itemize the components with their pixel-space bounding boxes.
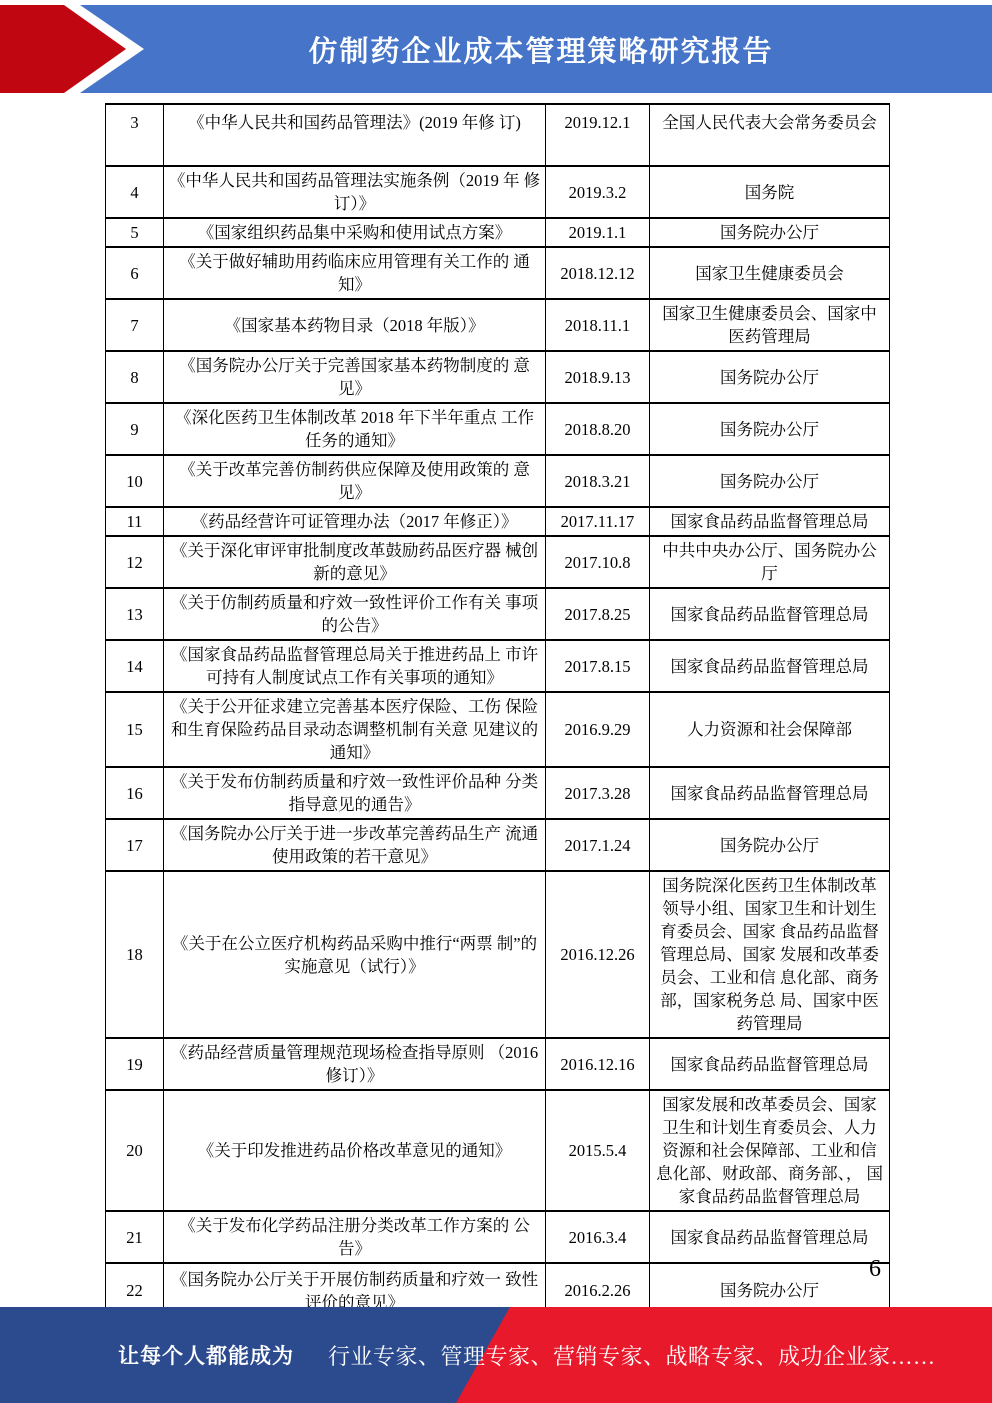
page-footer: 让每个人都能成为 行业专家、管理专家、营销专家、战略专家、成功企业家…… xyxy=(0,1307,992,1403)
cell-publish-date: 2016.9.29 xyxy=(546,692,650,767)
page-number: 6 xyxy=(855,1256,895,1283)
cell-issuing-agency: 国务院办公厅 xyxy=(650,403,890,455)
cell-issuing-agency: 国家食品药品监督管理总局 xyxy=(650,767,890,819)
cell-issuing-agency: 国家食品药品监督管理总局 xyxy=(650,1211,890,1263)
cell-issuing-agency: 国家卫生健康委员会 xyxy=(650,247,890,299)
cell-issuing-agency: 国家食品药品监督管理总局 xyxy=(650,640,890,692)
cell-document-title: 《关于发布仿制药质量和疗效一致性评价品种 分类指导意见的通告》 xyxy=(164,767,546,819)
cell-publish-date: 2019.12.1 xyxy=(546,104,650,166)
cell-number: 17 xyxy=(106,819,164,871)
policy-table-body: 3《中华人民共和国药品管理法》(2019 年修 订)2019.12.1全国人民代… xyxy=(106,104,890,1318)
cell-document-title: 《深化医药卫生体制改革 2018 年下半年重点 工作任务的通知》 xyxy=(164,403,546,455)
cell-issuing-agency: 国务院 xyxy=(650,166,890,218)
table-row: 13《关于仿制药质量和疗效一致性评价工作有关 事项的公告》2017.8.25国家… xyxy=(106,588,890,640)
cell-publish-date: 2019.3.2 xyxy=(546,166,650,218)
cell-document-title: 《中华人民共和国药品管理法实施条例（2019 年 修订）》 xyxy=(164,166,546,218)
cell-issuing-agency: 国务院深化医药卫生体制改革 领导小组、国家卫生和计划生 育委员会、国家 食品药品… xyxy=(650,871,890,1038)
cell-document-title: 《药品经营质量管理规范现场检查指导原则 （2016 修订）》 xyxy=(164,1038,546,1090)
cell-number: 7 xyxy=(106,299,164,351)
table-row: 20《关于印发推进药品价格改革意见的通知》2015.5.4国家发展和改革委员会、… xyxy=(106,1090,890,1211)
table-row: 10《关于改革完善仿制药供应保障及使用政策的 意见》2018.3.21国务院办公… xyxy=(106,455,890,507)
cell-document-title: 《关于在公立医疗机构药品采购中推行“两票 制”的实施意见（试行）》 xyxy=(164,871,546,1038)
cell-number: 9 xyxy=(106,403,164,455)
table-row: 3《中华人民共和国药品管理法》(2019 年修 订)2019.12.1全国人民代… xyxy=(106,104,890,166)
cell-document-title: 《关于公开征求建立完善基本医疗保险、工伤 保险和生育保险药品目录动态调整机制有关… xyxy=(164,692,546,767)
table-row: 19《药品经营质量管理规范现场检查指导原则 （2016 修订）》2016.12.… xyxy=(106,1038,890,1090)
cell-document-title: 《关于做好辅助用药临床应用管理有关工作的 通知》 xyxy=(164,247,546,299)
cell-issuing-agency: 中共中央办公厅、国务院办公 厅 xyxy=(650,536,890,588)
cell-number: 14 xyxy=(106,640,164,692)
cell-publish-date: 2017.8.15 xyxy=(546,640,650,692)
cell-publish-date: 2015.5.4 xyxy=(546,1090,650,1211)
cell-document-title: 《关于改革完善仿制药供应保障及使用政策的 意见》 xyxy=(164,455,546,507)
cell-publish-date: 2017.1.24 xyxy=(546,819,650,871)
table-row: 11《药品经营许可证管理办法（2017 年修正）》2017.11.17国家食品药… xyxy=(106,507,890,536)
policy-table: 3《中华人民共和国药品管理法》(2019 年修 订)2019.12.1全国人民代… xyxy=(105,103,890,1319)
table-row: 12《关于深化审评审批制度改革鼓励药品医疗器 械创新的意见》2017.10.8中… xyxy=(106,536,890,588)
page-header: 仿制药企业成本管理策略研究报告 xyxy=(0,5,992,93)
cell-number: 21 xyxy=(106,1211,164,1263)
cell-issuing-agency: 全国人民代表大会常务委员会 xyxy=(650,104,890,166)
cell-number: 13 xyxy=(106,588,164,640)
cell-document-title: 《国务院办公厅关于完善国家基本药物制度的 意见》 xyxy=(164,351,546,403)
cell-publish-date: 2016.12.26 xyxy=(546,871,650,1038)
cell-publish-date: 2018.12.12 xyxy=(546,247,650,299)
cell-publish-date: 2018.11.1 xyxy=(546,299,650,351)
cell-publish-date: 2017.11.17 xyxy=(546,507,650,536)
cell-document-title: 《关于印发推进药品价格改革意见的通知》 xyxy=(164,1090,546,1211)
cell-number: 15 xyxy=(106,692,164,767)
cell-issuing-agency: 人力资源和社会保障部 xyxy=(650,692,890,767)
cell-document-title: 《国务院办公厅关于进一步改革完善药品生产 流通使用政策的若干意见》 xyxy=(164,819,546,871)
cell-issuing-agency: 国家卫生健康委员会、国家中 医药管理局 xyxy=(650,299,890,351)
cell-number: 12 xyxy=(106,536,164,588)
cell-document-title: 《国家组织药品集中采购和使用试点方案》 xyxy=(164,218,546,247)
cell-publish-date: 2018.8.20 xyxy=(546,403,650,455)
table-row: 5《国家组织药品集中采购和使用试点方案》2019.1.1国务院办公厅 xyxy=(106,218,890,247)
footer-slogan-right: 行业专家、管理专家、营销专家、战略专家、成功企业家…… xyxy=(328,1307,936,1403)
cell-number: 18 xyxy=(106,871,164,1038)
cell-document-title: 《关于深化审评审批制度改革鼓励药品医疗器 械创新的意见》 xyxy=(164,536,546,588)
cell-document-title: 《中华人民共和国药品管理法》(2019 年修 订) xyxy=(164,104,546,166)
table-row: 4《中华人民共和国药品管理法实施条例（2019 年 修订）》2019.3.2国务… xyxy=(106,166,890,218)
cell-document-title: 《关于仿制药质量和疗效一致性评价工作有关 事项的公告》 xyxy=(164,588,546,640)
table-row: 7《国家基本药物目录（2018 年版）》2018.11.1国家卫生健康委员会、国… xyxy=(106,299,890,351)
cell-number: 8 xyxy=(106,351,164,403)
cell-number: 3 xyxy=(106,104,164,166)
table-row: 16《关于发布仿制药质量和疗效一致性评价品种 分类指导意见的通告》2017.3.… xyxy=(106,767,890,819)
cell-publish-date: 2016.12.16 xyxy=(546,1038,650,1090)
cell-publish-date: 2017.10.8 xyxy=(546,536,650,588)
cell-issuing-agency: 国务院办公厅 xyxy=(650,819,890,871)
table-row: 21《关于发布化学药品注册分类改革工作方案的 公告》2016.3.4国家食品药品… xyxy=(106,1211,890,1263)
report-page: { "colors": { "banner_blue": "#4574C8", … xyxy=(0,0,992,1403)
cell-publish-date: 2019.1.1 xyxy=(546,218,650,247)
cell-number: 6 xyxy=(106,247,164,299)
table-row: 9《深化医药卫生体制改革 2018 年下半年重点 工作任务的通知》2018.8.… xyxy=(106,403,890,455)
cell-number: 16 xyxy=(106,767,164,819)
report-title: 仿制药企业成本管理策略研究报告 xyxy=(160,5,922,93)
cell-publish-date: 2018.9.13 xyxy=(546,351,650,403)
cell-issuing-agency: 国家发展和改革委员会、国家 卫生和计划生育委员会、人力 资源和社会保障部、工业和… xyxy=(650,1090,890,1211)
cell-document-title: 《国家食品药品监督管理总局关于推进药品上 市许可持有人制度试点工作有关事项的通知… xyxy=(164,640,546,692)
cell-publish-date: 2017.8.25 xyxy=(546,588,650,640)
cell-number: 10 xyxy=(106,455,164,507)
cell-publish-date: 2018.3.21 xyxy=(546,455,650,507)
cell-issuing-agency: 国务院办公厅 xyxy=(650,455,890,507)
cell-document-title: 《药品经营许可证管理办法（2017 年修正）》 xyxy=(164,507,546,536)
cell-number: 11 xyxy=(106,507,164,536)
table-row: 17《国务院办公厅关于进一步改革完善药品生产 流通使用政策的若干意见》2017.… xyxy=(106,819,890,871)
cell-issuing-agency: 国家食品药品监督管理总局 xyxy=(650,588,890,640)
cell-issuing-agency: 国家食品药品监督管理总局 xyxy=(650,1038,890,1090)
cell-document-title: 《国家基本药物目录（2018 年版）》 xyxy=(164,299,546,351)
cell-issuing-agency: 国务院办公厅 xyxy=(650,351,890,403)
table-row: 8《国务院办公厅关于完善国家基本药物制度的 意见》2018.9.13国务院办公厅 xyxy=(106,351,890,403)
cell-publish-date: 2017.3.28 xyxy=(546,767,650,819)
footer-slogan-left: 让每个人都能成为 xyxy=(118,1307,294,1403)
cell-number: 4 xyxy=(106,166,164,218)
table-row: 15《关于公开征求建立完善基本医疗保险、工伤 保险和生育保险药品目录动态调整机制… xyxy=(106,692,890,767)
table-row: 14《国家食品药品监督管理总局关于推进药品上 市许可持有人制度试点工作有关事项的… xyxy=(106,640,890,692)
table-row: 6《关于做好辅助用药临床应用管理有关工作的 通知》2018.12.12国家卫生健… xyxy=(106,247,890,299)
table-row: 18《关于在公立医疗机构药品采购中推行“两票 制”的实施意见（试行）》2016.… xyxy=(106,871,890,1038)
cell-publish-date: 2016.3.4 xyxy=(546,1211,650,1263)
cell-document-title: 《关于发布化学药品注册分类改革工作方案的 公告》 xyxy=(164,1211,546,1263)
cell-number: 5 xyxy=(106,218,164,247)
cell-number: 20 xyxy=(106,1090,164,1211)
cell-number: 19 xyxy=(106,1038,164,1090)
cell-issuing-agency: 国务院办公厅 xyxy=(650,218,890,247)
cell-issuing-agency: 国家食品药品监督管理总局 xyxy=(650,507,890,536)
